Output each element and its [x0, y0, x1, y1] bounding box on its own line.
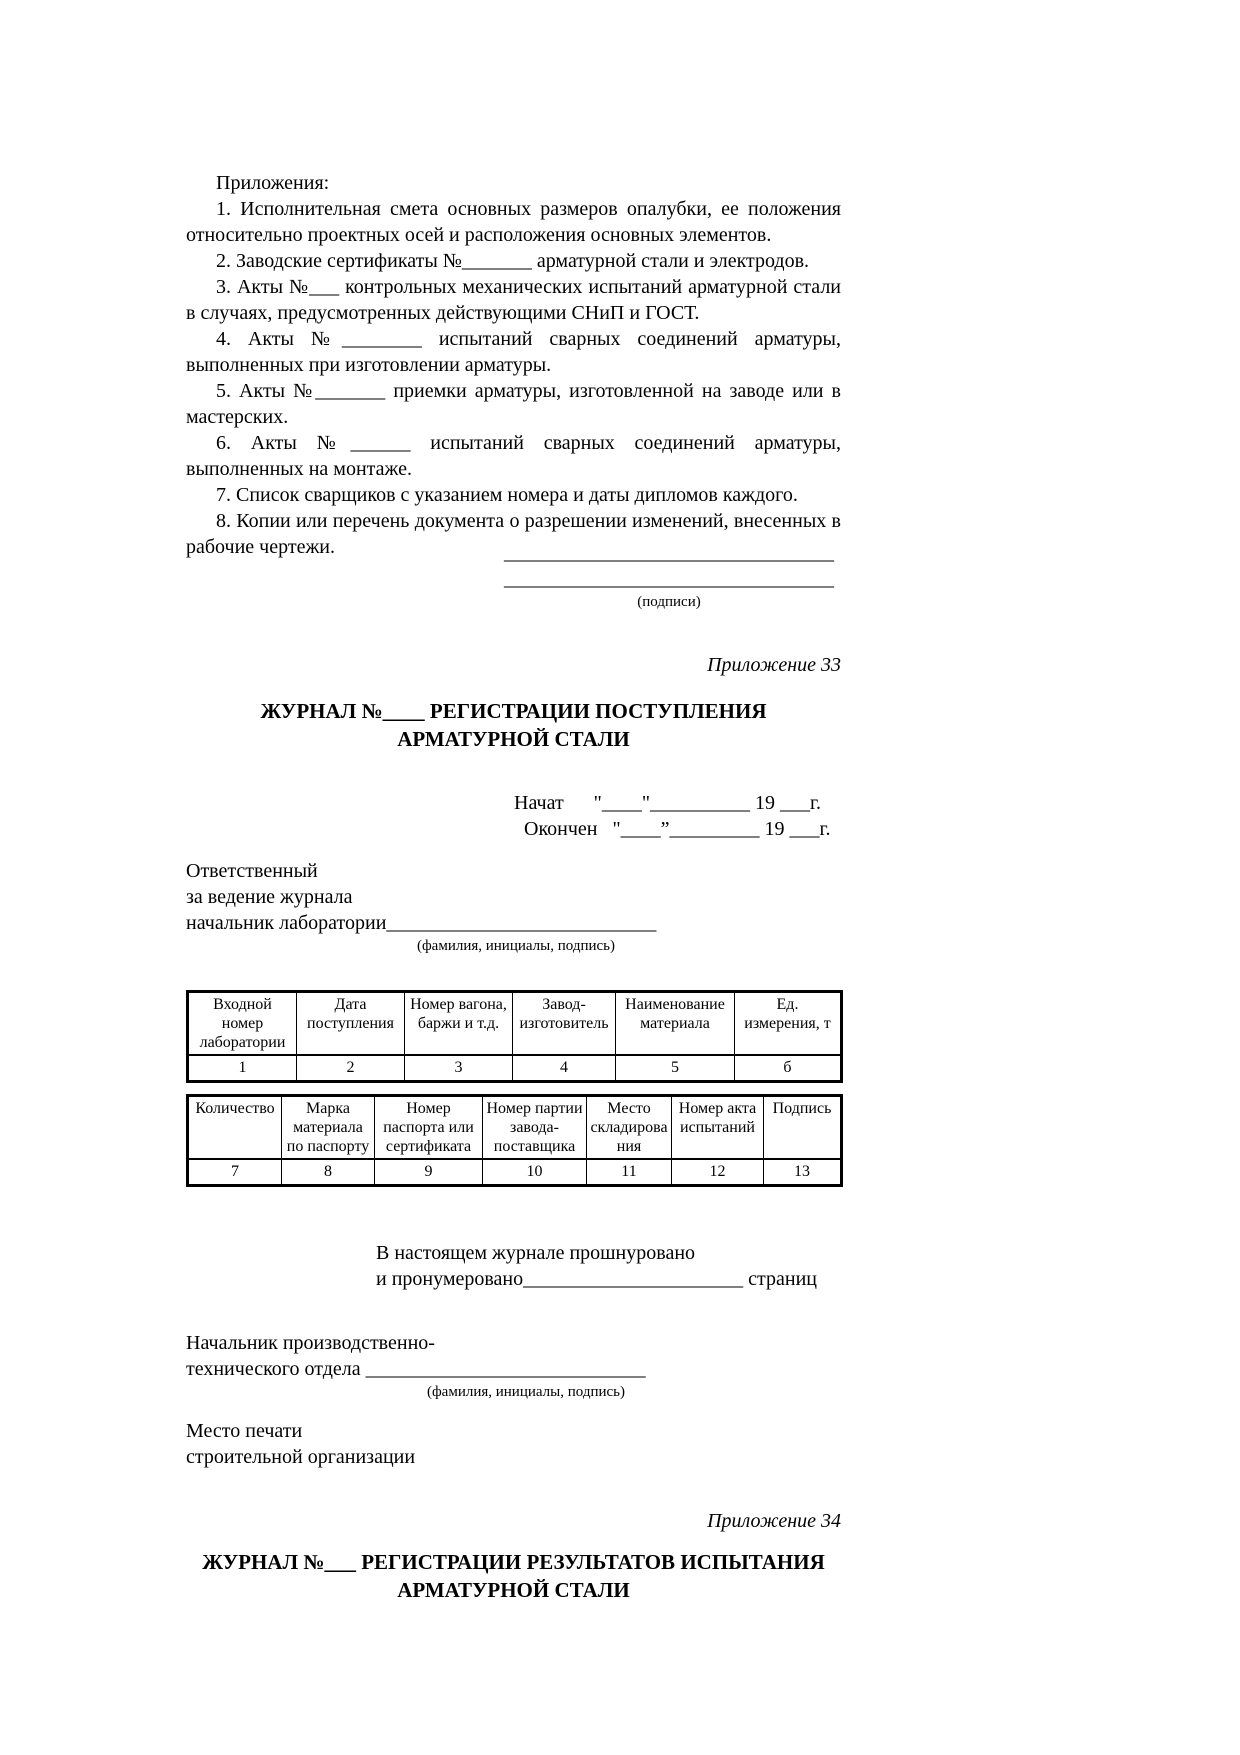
table1-colnum-1: 1 [188, 1055, 297, 1082]
journal-33-title-line-1: ЖУРНАЛ №____ РЕГИСТРАЦИИ ПОСТУПЛЕНИЯ [186, 697, 841, 725]
responsible-line-1: Ответственный [186, 858, 841, 884]
stamp-line-2: строительной организации [186, 1444, 841, 1470]
table2-colnum-13: 13 [764, 1159, 842, 1186]
stamp-place-block: Место печати строительной организации [186, 1418, 841, 1470]
signatures-caption: (подписи) [502, 592, 836, 613]
journal-dates-block: Начат "____"__________ 19 ___г. Окончен … [514, 790, 841, 842]
table2-colnum-8: 8 [282, 1159, 375, 1186]
stamp-line-1: Место печати [186, 1418, 841, 1444]
table2-colnum-9: 9 [375, 1159, 483, 1186]
table2-colnum-11: 11 [587, 1159, 672, 1186]
table2-header-grade: Марка материала по паспорту [282, 1096, 375, 1160]
journal-33-title: ЖУРНАЛ №____ РЕГИСТРАЦИИ ПОСТУПЛЕНИЯ АРМ… [186, 697, 841, 753]
table1-colnum-2: 2 [297, 1055, 405, 1082]
chief-line-2: технического отдела ____________________… [186, 1356, 841, 1382]
table2-header-test-act: Номер акта испытаний [672, 1096, 764, 1160]
journal-started-line: Начат "____"__________ 19 ___г. [514, 790, 841, 816]
table1-header-material: Наименование материала [616, 992, 735, 1056]
numbered-pages-line-1: В настоящем журнале прошнуровано [376, 1240, 841, 1266]
table1-colnum-4: 4 [513, 1055, 616, 1082]
appendix-list-section: Приложения: 1. Исполнительная смета осно… [186, 170, 841, 560]
appendix-list-item-2: 2. Заводские сертификаты №_______ армату… [186, 248, 841, 274]
appendix-list-item-6: 6. Акты №______ испытаний сварных соедин… [186, 430, 841, 482]
journal-finished-line: Окончен "____”_________ 19 ___г. [514, 816, 841, 842]
incoming-steel-table-part2: Количество Марка материала по паспорту Н… [186, 1094, 843, 1187]
appendix-list-heading: Приложения: [186, 170, 841, 196]
table2-header-signature: Подпись [764, 1096, 842, 1160]
journal-34-title: ЖУРНАЛ №___ РЕГИСТРАЦИИ РЕЗУЛЬТАТОВ ИСПЫ… [186, 1548, 841, 1604]
signature-blank-line-1: _________________________________ [502, 540, 836, 566]
table1-header-row: Входной номер лаборатории Дата поступлен… [188, 992, 842, 1056]
table1-header-entry-number: Входной номер лаборатории [188, 992, 297, 1056]
chief-line-1: Начальник производственно- [186, 1330, 841, 1356]
table2-colnum-7: 7 [188, 1159, 282, 1186]
responsible-line-3: начальник лаборатории___________________… [186, 910, 841, 936]
table2-header-passport: Номер паспорта или сертификата [375, 1096, 483, 1160]
table2-header-quantity: Количество [188, 1096, 282, 1160]
table2-colnum-12: 12 [672, 1159, 764, 1186]
table1-header-factory: Завод-изготовитель [513, 992, 616, 1056]
numbered-pages-note: В настоящем журнале прошнуровано и прону… [376, 1240, 841, 1292]
chief-caption: (фамилия, инициалы, подпись) [411, 1382, 641, 1403]
appendix-list-item-5: 5. Акты №_______ приемки арматуры, изгот… [186, 378, 841, 430]
signature-blank-line-2: _________________________________ [502, 566, 836, 592]
appendix-list-item-4: 4. Акты №________ испытаний сварных соед… [186, 326, 841, 378]
table2-number-row: 7 8 9 10 11 12 13 [188, 1159, 842, 1186]
appendix-list-item-3: 3. Акты №___ контрольных механических ис… [186, 274, 841, 326]
table1-colnum-6: б [735, 1055, 842, 1082]
journal-33-title-line-2: АРМАТУРНОЙ СТАЛИ [186, 725, 841, 753]
table1-colnum-3: 3 [405, 1055, 513, 1082]
responsible-line-2: за ведение журнала [186, 884, 841, 910]
appendix-list-item-1: 1. Исполнительная смета основных размеро… [186, 196, 841, 248]
table1-colnum-5: 5 [616, 1055, 735, 1082]
appendix-34-label: Приложение 34 [186, 1508, 849, 1534]
responsible-caption: (фамилия, инициалы, подпись) [401, 936, 631, 957]
table1-number-row: 1 2 3 4 5 б [188, 1055, 842, 1082]
appendix-33-label: Приложение 33 [186, 652, 849, 678]
document-page: Приложения: 1. Исполнительная смета осно… [186, 0, 841, 1755]
incoming-steel-table-part1: Входной номер лаборатории Дата поступлен… [186, 990, 843, 1083]
table1-header-unit: Ед. измерения, т [735, 992, 842, 1056]
journal-34-title-line-1: ЖУРНАЛ №___ РЕГИСТРАЦИИ РЕЗУЛЬТАТОВ ИСПЫ… [186, 1548, 841, 1576]
chief-block: Начальник производственно- технического … [186, 1330, 841, 1403]
journal-34-title-line-2: АРМАТУРНОЙ СТАЛИ [186, 1576, 841, 1604]
table2-colnum-10: 10 [483, 1159, 587, 1186]
responsible-block: Ответственный за ведение журнала начальн… [186, 858, 841, 957]
signatures-block: _________________________________ ______… [502, 540, 836, 613]
table1-header-wagon: Номер вагона, баржи и т.д. [405, 992, 513, 1056]
appendix-list-item-7: 7. Список сварщиков с указанием номера и… [186, 482, 841, 508]
table2-header-batch: Номер партии завода-поставщика [483, 1096, 587, 1160]
numbered-pages-line-2: и пронумеровано______________________ ст… [376, 1266, 841, 1292]
table2-header-row: Количество Марка материала по паспорту Н… [188, 1096, 842, 1160]
table1-header-date: Дата поступления [297, 992, 405, 1056]
table2-header-storage: Место складирования [587, 1096, 672, 1160]
